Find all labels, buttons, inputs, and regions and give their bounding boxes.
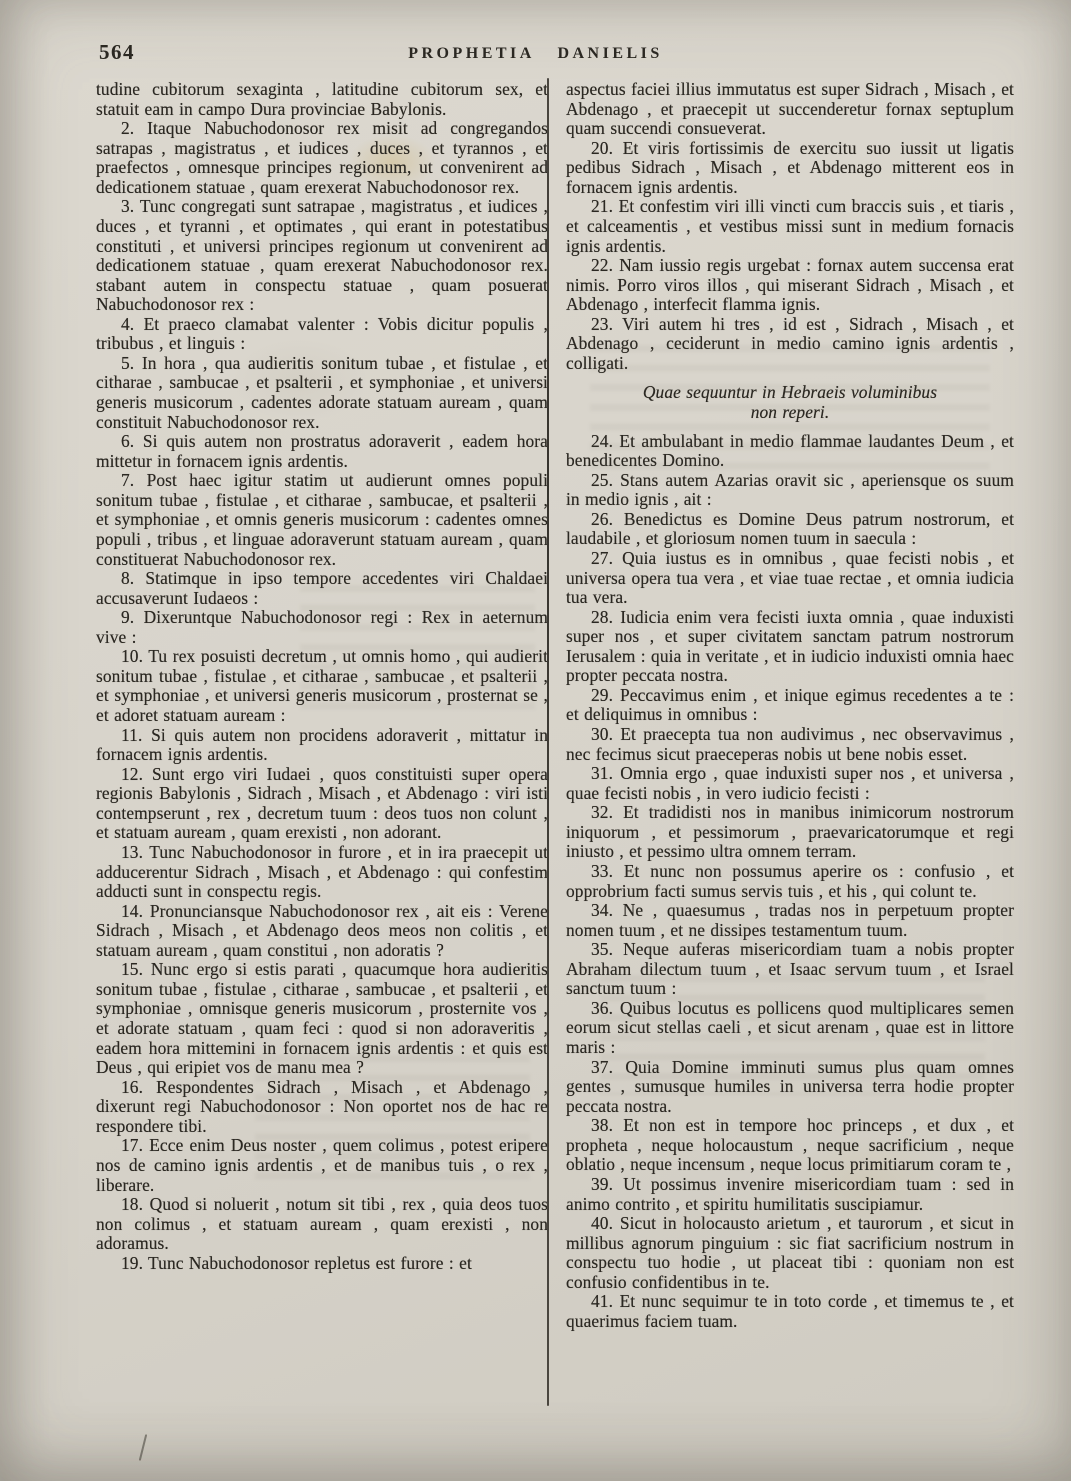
verse-number: 11. xyxy=(121,725,151,745)
verse-paragraph: 23. Viri autem hi tres , id est , Sidrac… xyxy=(566,315,1014,374)
verse-number: 7. xyxy=(121,470,147,490)
verse-number: 16. xyxy=(121,1077,156,1097)
verse-paragraph: 38. Et non est in tempore hoc princeps ,… xyxy=(566,1116,1014,1175)
verse-number: 36. xyxy=(591,998,620,1018)
verse-number: 35. xyxy=(591,939,623,959)
verse-paragraph: 5. In hora , qua audieritis sonitum tuba… xyxy=(96,354,548,432)
verse-paragraph: 36. Quibus locutus es pollicens quod mul… xyxy=(566,999,1014,1058)
verse-number: 27. xyxy=(591,548,622,568)
verse-paragraph: 19. Tunc Nabuchodonosor repletus est fur… xyxy=(96,1254,548,1274)
verse-paragraph: 40. Sicut in holocausto arietum , et tau… xyxy=(566,1214,1014,1292)
verse-number: 21. xyxy=(591,196,619,216)
verse-paragraph: 37. Quia Domine imminuti sumus plus quam… xyxy=(566,1058,1014,1117)
verse-number: 29. xyxy=(591,685,620,705)
verse-number: 17. xyxy=(121,1135,149,1155)
verse-number: 12. xyxy=(121,764,152,784)
verse-paragraph: 6. Si quis autem non prostratus adoraver… xyxy=(96,432,548,471)
verse-paragraph: 20. Et viris fortissimis de exercitu suo… xyxy=(566,139,1014,198)
verse-number: 20. xyxy=(591,138,623,158)
continuation-paragraph: tudine cubitorum sexaginta , latitudine … xyxy=(96,80,548,119)
verse-paragraph: 13. Tunc Nabuchodonosor in furore , et i… xyxy=(96,843,548,902)
verse-paragraph: 27. Quia iustus es in omnibus , quae fec… xyxy=(566,549,1014,608)
verse-number: 37. xyxy=(591,1057,625,1077)
verse-paragraph: 18. Quod si noluerit , notum sit tibi , … xyxy=(96,1195,548,1254)
verse-number: 26. xyxy=(591,509,624,529)
verse-number: 18. xyxy=(121,1194,150,1214)
verse-number: 3. xyxy=(121,196,140,216)
verse-number: 24. xyxy=(591,431,619,451)
text-column-right: aspectus faciei illius immutatus est sup… xyxy=(566,80,1014,1331)
verse-number: 34. xyxy=(591,900,623,920)
verse-paragraph: 14. Pronunciansque Nabuchodonosor rex , … xyxy=(96,902,548,961)
verse-paragraph: 34. Ne , quaesumus , tradas nos in perpe… xyxy=(566,901,1014,940)
verse-paragraph: 8. Statimque in ipso tempore accedentes … xyxy=(96,569,548,608)
verse-paragraph: 35. Neque auferas misericordiam tuam a n… xyxy=(566,940,1014,999)
verse-paragraph: 39. Ut possimus invenire misericordiam t… xyxy=(566,1175,1014,1214)
scanned-book-page: 564 PROPHETIA DANIELIS tudine cubitorum … xyxy=(0,0,1071,1481)
verse-paragraph: 15. Nunc ergo si estis parati , quacumqu… xyxy=(96,960,548,1077)
verse-number: 10. xyxy=(121,646,148,666)
column-divider-rule xyxy=(547,78,549,1406)
verse-number: 39. xyxy=(591,1174,623,1194)
verse-number: 23. xyxy=(591,314,622,334)
pen-mark-artifact xyxy=(139,1434,147,1461)
verse-paragraph: 30. Et praecepta tua non audivimus , nec… xyxy=(566,725,1014,764)
text-column-left: tudine cubitorum sexaginta , latitudine … xyxy=(96,80,548,1273)
section-rubric: Quae sequuntur in Hebraeis voluminibusno… xyxy=(566,383,1014,422)
verse-paragraph: 25. Stans autem Azarias oravit sic , ape… xyxy=(566,471,1014,510)
verse-paragraph: 16. Respondentes Sidrach , Misach , et A… xyxy=(96,1078,548,1137)
verse-number: 19. xyxy=(121,1253,148,1273)
verse-paragraph: 29. Peccavimus enim , et inique egimus r… xyxy=(566,686,1014,725)
verse-number: 38. xyxy=(591,1115,623,1135)
verse-number: 30. xyxy=(591,724,620,744)
verse-paragraph: 3. Tunc congregati sunt satrapae , magis… xyxy=(96,197,548,314)
verse-paragraph: 33. Et nunc non possumus aperire os : co… xyxy=(566,862,1014,901)
verse-paragraph: 28. Iudicia enim vera fecisti iuxta omni… xyxy=(566,608,1014,686)
verse-number: 33. xyxy=(591,861,624,881)
verse-number: 41. xyxy=(591,1291,620,1311)
verse-paragraph: 12. Sunt ergo viri Iudaei , quos constit… xyxy=(96,765,548,843)
verse-number: 6. xyxy=(121,431,143,451)
verse-number: 15. xyxy=(121,959,151,979)
verse-paragraph: 10. Tu rex posuisti decretum , ut omnis … xyxy=(96,647,548,725)
running-title: PROPHETIA DANIELIS xyxy=(0,45,1071,63)
verse-number: 32. xyxy=(591,802,623,822)
verse-paragraph: 7. Post haec igitur statim ut audierunt … xyxy=(96,471,548,569)
verse-paragraph: 22. Nam iussio regis urgebat : fornax au… xyxy=(566,256,1014,315)
verse-number: 5. xyxy=(121,353,142,373)
verse-paragraph: 2. Itaque Nabuchodonosor rex misit ad co… xyxy=(96,119,548,197)
verse-number: 22. xyxy=(591,255,619,275)
verse-paragraph: 11. Si quis autem non procidens adoraver… xyxy=(96,726,548,765)
verse-paragraph: 41. Et nunc sequimur te in toto corde , … xyxy=(566,1292,1014,1331)
verse-paragraph: 26. Benedictus es Domine Deus patrum nos… xyxy=(566,510,1014,549)
verse-number: 13. xyxy=(121,842,149,862)
verse-number: 14. xyxy=(121,901,150,921)
verse-number: 4. xyxy=(121,314,144,334)
verse-paragraph: 9. Dixeruntque Nabuchodonosor regi : Rex… xyxy=(96,608,548,647)
verse-number: 2. xyxy=(121,118,147,138)
verse-number: 28. xyxy=(591,607,620,627)
verse-paragraph: 17. Ecce enim Deus noster , quem colimus… xyxy=(96,1136,548,1195)
verse-number: 9. xyxy=(121,607,144,627)
verse-number: 8. xyxy=(121,568,145,588)
continuation-paragraph: aspectus faciei illius immutatus est sup… xyxy=(566,80,1014,139)
verse-paragraph: 31. Omnia ergo , quae induxisti super no… xyxy=(566,764,1014,803)
verse-paragraph: 21. Et confestim viri illi vincti cum br… xyxy=(566,197,1014,256)
verse-paragraph: 4. Et praeco clamabat valenter : Vobis d… xyxy=(96,315,548,354)
verse-paragraph: 32. Et tradidisti nos in manibus inimico… xyxy=(566,803,1014,862)
verse-paragraph: 24. Et ambulabant in medio flammae lauda… xyxy=(566,432,1014,471)
verse-number: 40. xyxy=(591,1213,620,1233)
verse-number: 25. xyxy=(591,470,620,490)
verse-number: 31. xyxy=(591,763,620,783)
